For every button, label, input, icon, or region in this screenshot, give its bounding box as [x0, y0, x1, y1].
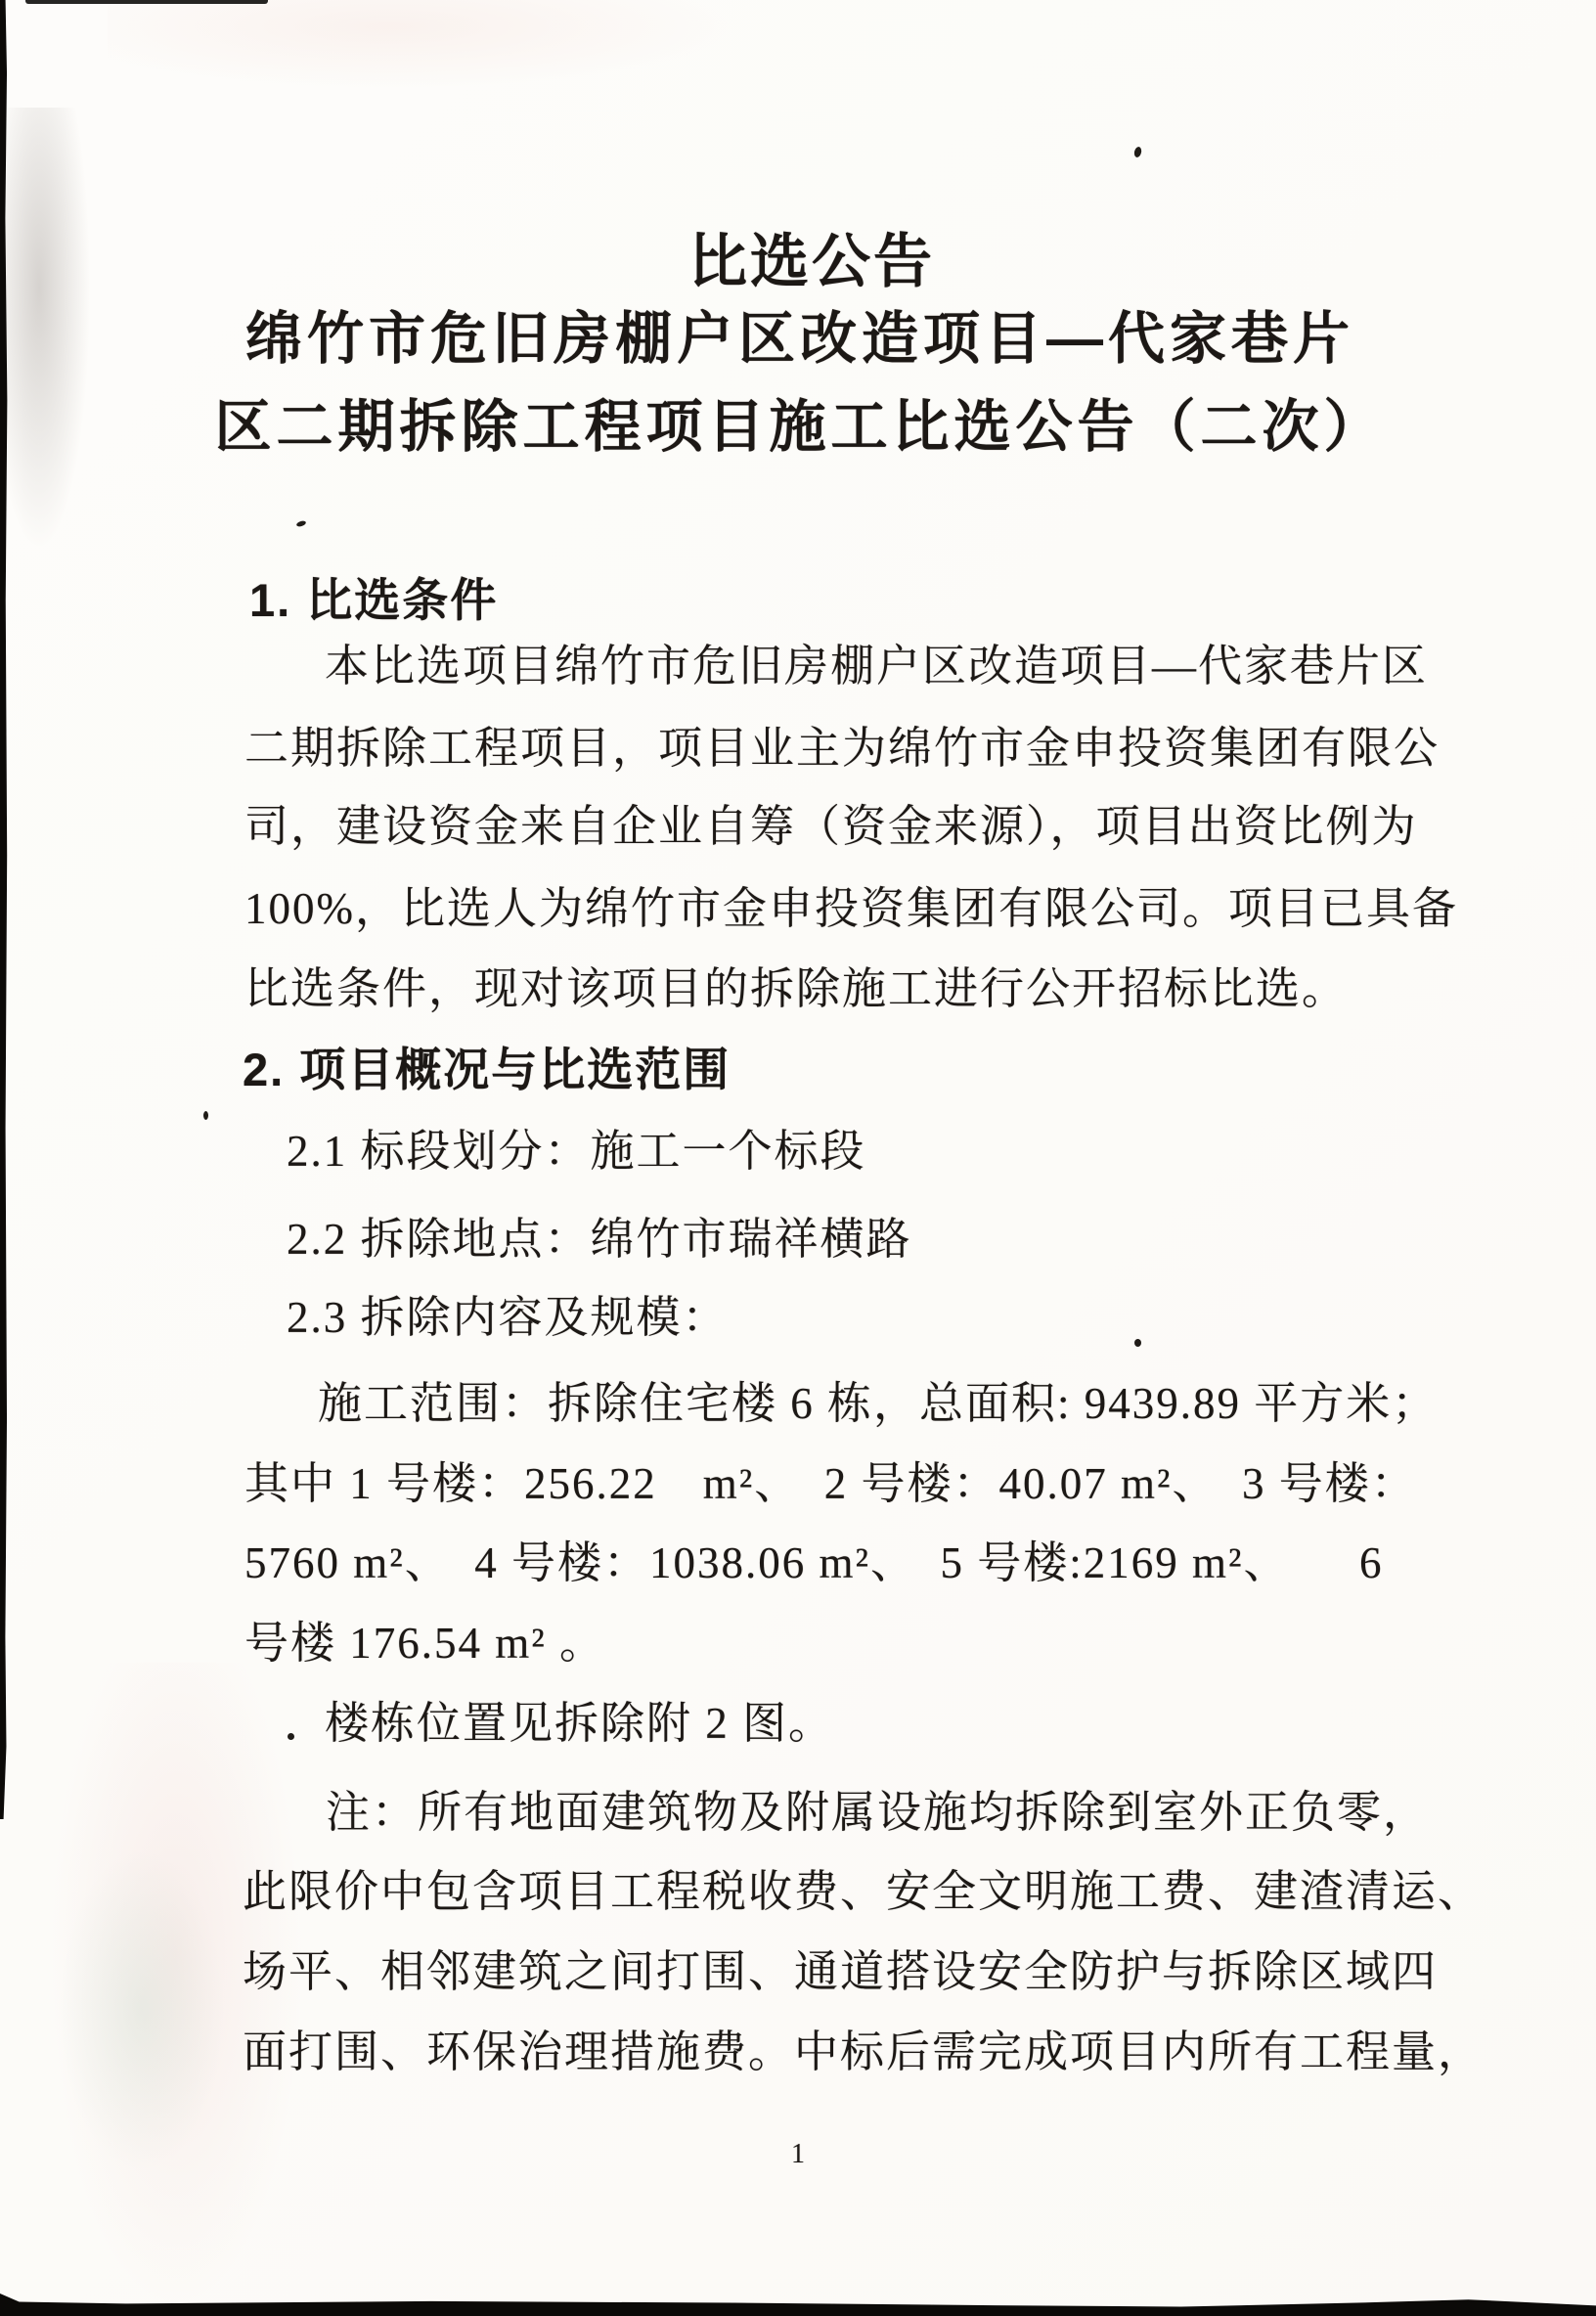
note-line-3: 场平、相邻建筑之间打围、通道搭设安全防护与拆除区域四	[243, 1945, 1438, 1998]
section-1-para-line-4: 100%，比选人为绵竹市金申投资集团有限公司。项目已具备	[244, 882, 1458, 935]
scope-line-5: 楼栋位置见拆除附 2 图。	[325, 1697, 834, 1750]
section-2-heading: 2. 项目概况与比选范围	[243, 1043, 731, 1097]
paper-smudge-top	[108, 0, 733, 88]
scope-line-2: 其中 1 号楼：256.22 m²、 2 号楼：40.07 m²、 3 号楼：	[244, 1457, 1417, 1510]
ink-speck-below-subtitle	[295, 520, 306, 528]
doc-subtitle-line-2: 区二期拆除工程项目施工比选公告（二次）	[0, 393, 1596, 462]
section-1-heading: 1. 比选条件	[249, 573, 498, 628]
section-2-item-2-1: 2.1 标段划分：施工一个标段	[287, 1125, 866, 1178]
ink-speck-below-section-2	[203, 1111, 208, 1120]
section-1-para-line-3: 司，建设资金来自企业自筹（资金来源），项目出资比例为	[244, 800, 1418, 853]
doc-subtitle-line-1: 绵竹市危旧房棚户区改造项目—代家巷片	[0, 305, 1596, 374]
section-1-para-line-2: 二期拆除工程项目，项目业主为绵竹市金申投资集团有限公	[244, 722, 1440, 775]
scope-line-1: 施工范围：拆除住宅楼 6 栋，总面积: 9439.89 平方米；	[318, 1377, 1438, 1430]
ink-speck-top-right	[1133, 146, 1142, 157]
paper-smudge-bottom-green	[59, 1848, 225, 2171]
section-1-para-line-5: 比选条件，现对该项目的拆除施工进行公开招标比选。	[244, 962, 1348, 1015]
section-2-item-2-2: 2.2 拆除地点：绵竹市瑞祥横路	[287, 1213, 912, 1266]
ink-speck-mid-right	[1134, 1339, 1141, 1347]
section-1-para-line-1: 本比选项目绵竹市危旧房棚户区改造项目—代家巷片区	[325, 640, 1428, 692]
page-number: 1	[0, 2138, 1596, 2171]
scanned-document-page: 比选公告 绵竹市危旧房棚户区改造项目—代家巷片 区二期拆除工程项目施工比选公告（…	[0, 0, 1596, 2316]
scan-edge-top	[25, 0, 268, 4]
note-line-1: 注：所有地面建筑物及附属设施均拆除到室外正负零，	[326, 1786, 1429, 1839]
ink-speck-before-scope-line-5	[288, 1733, 294, 1740]
note-line-2: 此限价中包含项目工程税收费、安全文明施工费、建渣清运、	[243, 1865, 1484, 1918]
scope-line-3: 5760 m²、 4 号楼：1038.06 m²、 5 号楼:2169 m²、 …	[244, 1537, 1383, 1589]
note-line-4: 面打围、环保治理措施费。中标后需完成项目内所有工程量，	[243, 2026, 1484, 2078]
doc-title: 比选公告	[0, 227, 1596, 297]
scan-edge-bottom	[0, 2289, 1596, 2316]
section-2-item-2-3: 2.3 拆除内容及规模：	[287, 1291, 729, 1344]
scope-line-4: 号楼 176.54 m² 。	[244, 1617, 605, 1670]
